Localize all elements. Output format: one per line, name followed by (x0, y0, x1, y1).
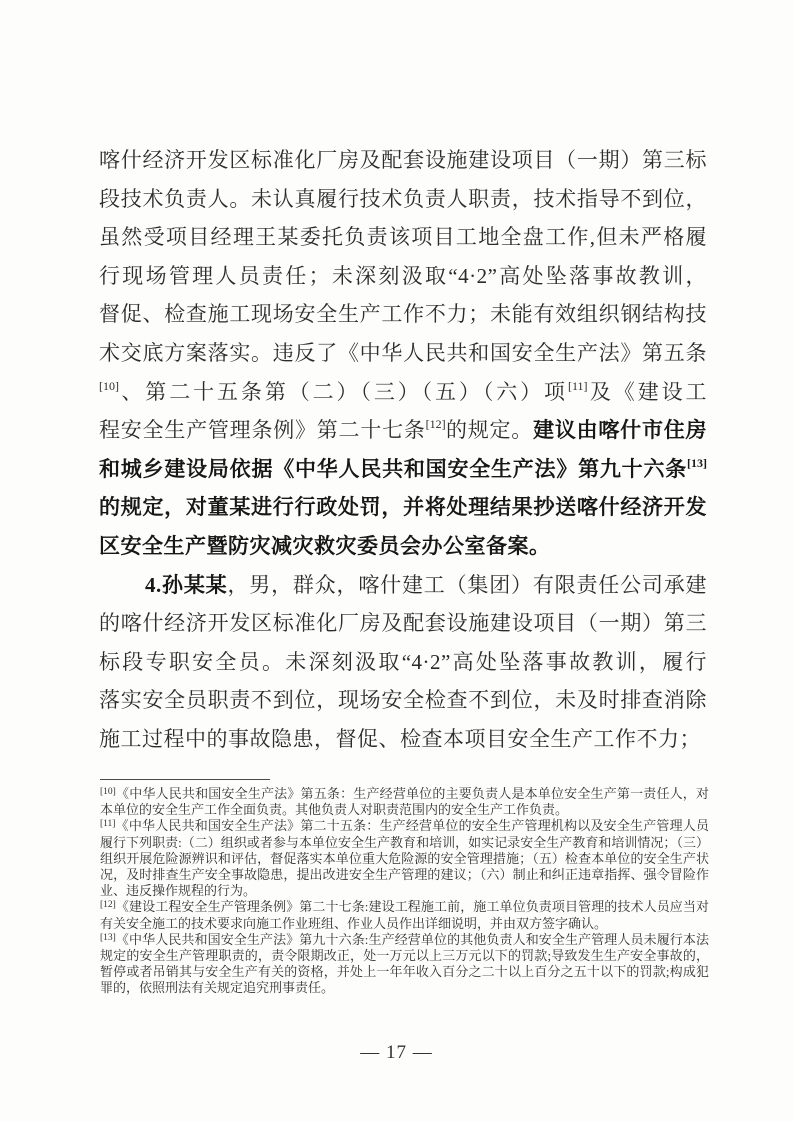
body-text-segment: 标段专职安全员。未深刻汲取“4·2”高处坠落事故教训，履行 (99, 650, 707, 674)
body-line: 虽然受项目经理王某委托负责该项目工地全盘工作,但未严格履 (99, 218, 707, 257)
footnote-reference: [10] (99, 379, 119, 393)
body-text-segment: 、第二十五条第（二）（三）（五）（六）项 (119, 380, 568, 404)
body-text-segment: 程安全生产管理条例》第二十七条 (99, 418, 426, 442)
footnote: [11]《中华人民共和国安全生产法》第二十五条：生产经营单位的安全生产管理机构以… (100, 818, 709, 899)
body-text-segment: 4.孙某某 (145, 573, 228, 597)
footnote-marker: [10] (100, 787, 116, 797)
body-text-segment: 督促、检查施工现场安全生产工作不力；未能有效组织钢结构技 (99, 302, 707, 326)
body-text-segment: 建议由喀什市住房 (533, 418, 707, 442)
body-text-segment: 喀什经济开发区标准化厂房及配套设施建设项目（一期）第三标 (99, 148, 707, 172)
footnote-text: 《中华人民共和国安全生产法》第五条：生产经营单位的主要负责人是本单位安全生产第一… (100, 786, 709, 817)
body-text-segment: 段技术负责人。未认真履行技术负责人职责，技术指导不到位， (99, 187, 707, 211)
footnotes-section: [10]《中华人民共和国安全生产法》第五条：生产经营单位的主要负责人是本单位安全… (100, 779, 709, 997)
body-text-segment: ，男，群众，喀什建工（集团）有限责任公司承建 (228, 573, 708, 597)
footnote-separator-rule (100, 779, 270, 780)
footnote-list: [10]《中华人民共和国安全生产法》第五条：生产经营单位的主要负责人是本单位安全… (100, 786, 709, 997)
footnote-reference: [12] (426, 417, 446, 431)
footnote-text: 《中华人民共和国安全生产法》第九十六条:生产经营单位的其他负责人和安全生产管理人… (100, 932, 709, 996)
body-text-segment: 落实安全员职责不到位，现场安全检查不到位，未及时排查消除 (99, 688, 707, 712)
body-line: 段技术负责人。未认真履行技术负责人职责，技术指导不到位， (99, 180, 707, 219)
body-text-segment: 术交底方案落实。违反了《中华人民共和国安全生产法》第五条 (99, 341, 707, 365)
footnote-text: 《中华人民共和国安全生产法》第二十五条：生产经营单位的安全生产管理机构以及安全生… (100, 818, 709, 898)
body-line: 和城乡建设局依据《中华人民共和国安全生产法》第九十六条[13] (99, 450, 707, 489)
body-text-segment: 及《建设工 (588, 380, 708, 404)
body-text-segment: 施工过程中的事故隐患，督促、检查本项目安全生产工作不力； (99, 727, 701, 751)
footnote-reference: [11] (568, 379, 588, 393)
body-line: 喀什经济开发区标准化厂房及配套设施建设项目（一期）第三标 (99, 141, 707, 180)
body-line: 术交底方案落实。违反了《中华人民共和国安全生产法》第五条 (99, 334, 707, 373)
body-text-segment: 的规定，对董某进行行政处罚，并将处理结果抄送喀什经济开发 (99, 495, 707, 519)
document-page: 喀什经济开发区标准化厂房及配套设施建设项目（一期）第三标段技术负责人。未认真履行… (0, 0, 793, 1122)
body-text-segment: 的喀什经济开发区标准化厂房及配套设施建设项目（一期）第三 (99, 611, 707, 635)
body-line: 督促、检查施工现场安全生产工作不力；未能有效组织钢结构技 (99, 295, 707, 334)
body-line: 区安全生产暨防灾减灾救灾委员会办公室备案。 (99, 527, 707, 566)
footnote: [13]《中华人民共和国安全生产法》第九十六条:生产经营单位的其他负责人和安全生… (100, 932, 709, 997)
body-line: 行现场管理人员责任；未深刻汲取“4·2”高处坠落事故教训， (99, 257, 707, 296)
body-line: 4.孙某某，男，群众，喀什建工（集团）有限责任公司承建 (99, 566, 707, 605)
footnote-marker: [11] (100, 819, 115, 829)
body-text-segment: 的规定。 (446, 418, 533, 442)
body-line: 标段专职安全员。未深刻汲取“4·2”高处坠落事故教训，履行 (99, 643, 707, 682)
body-line: 落实安全员职责不到位，现场安全检查不到位，未及时排查消除 (99, 681, 707, 720)
footnote-reference: [13] (687, 456, 707, 470)
body-text-segment: 和城乡建设局依据《中华人民共和国安全生产法》第九十六条 (99, 457, 687, 481)
body-line: 程安全生产管理条例》第二十七条[12]的规定。建议由喀什市住房 (99, 411, 707, 450)
body-text-segment: 虽然受项目经理王某委托负责该项目工地全盘工作,但未严格履 (99, 225, 707, 249)
body-line: [10]、第二十五条第（二）（三）（五）（六）项[11]及《建设工 (99, 373, 707, 412)
body-line: 施工过程中的事故隐患，督促、检查本项目安全生产工作不力； (99, 720, 707, 759)
body-text: 喀什经济开发区标准化厂房及配套设施建设项目（一期）第三标段技术负责人。未认真履行… (99, 141, 707, 759)
footnote: [10]《中华人民共和国安全生产法》第五条：生产经营单位的主要负责人是本单位安全… (100, 786, 709, 818)
body-text-segment: 行现场管理人员责任；未深刻汲取“4·2”高处坠落事故教训， (99, 264, 707, 288)
footnote-marker: [12] (100, 900, 116, 910)
body-text-segment: 区安全生产暨防灾减灾救灾委员会办公室备案。 (99, 534, 551, 558)
footnote-marker: [13] (100, 933, 116, 943)
body-line: 的喀什经济开发区标准化厂房及配套设施建设项目（一期）第三 (99, 604, 707, 643)
page-number: — 17 — (0, 1042, 793, 1064)
footnote: [12]《建设工程安全生产管理条例》第二十七条:建设工程施工前，施工单位负责项目… (100, 899, 709, 931)
footnote-text: 《建设工程安全生产管理条例》第二十七条:建设工程施工前，施工单位负责项目管理的技… (100, 899, 709, 930)
body-line: 的规定，对董某进行行政处罚，并将处理结果抄送喀什经济开发 (99, 488, 707, 527)
